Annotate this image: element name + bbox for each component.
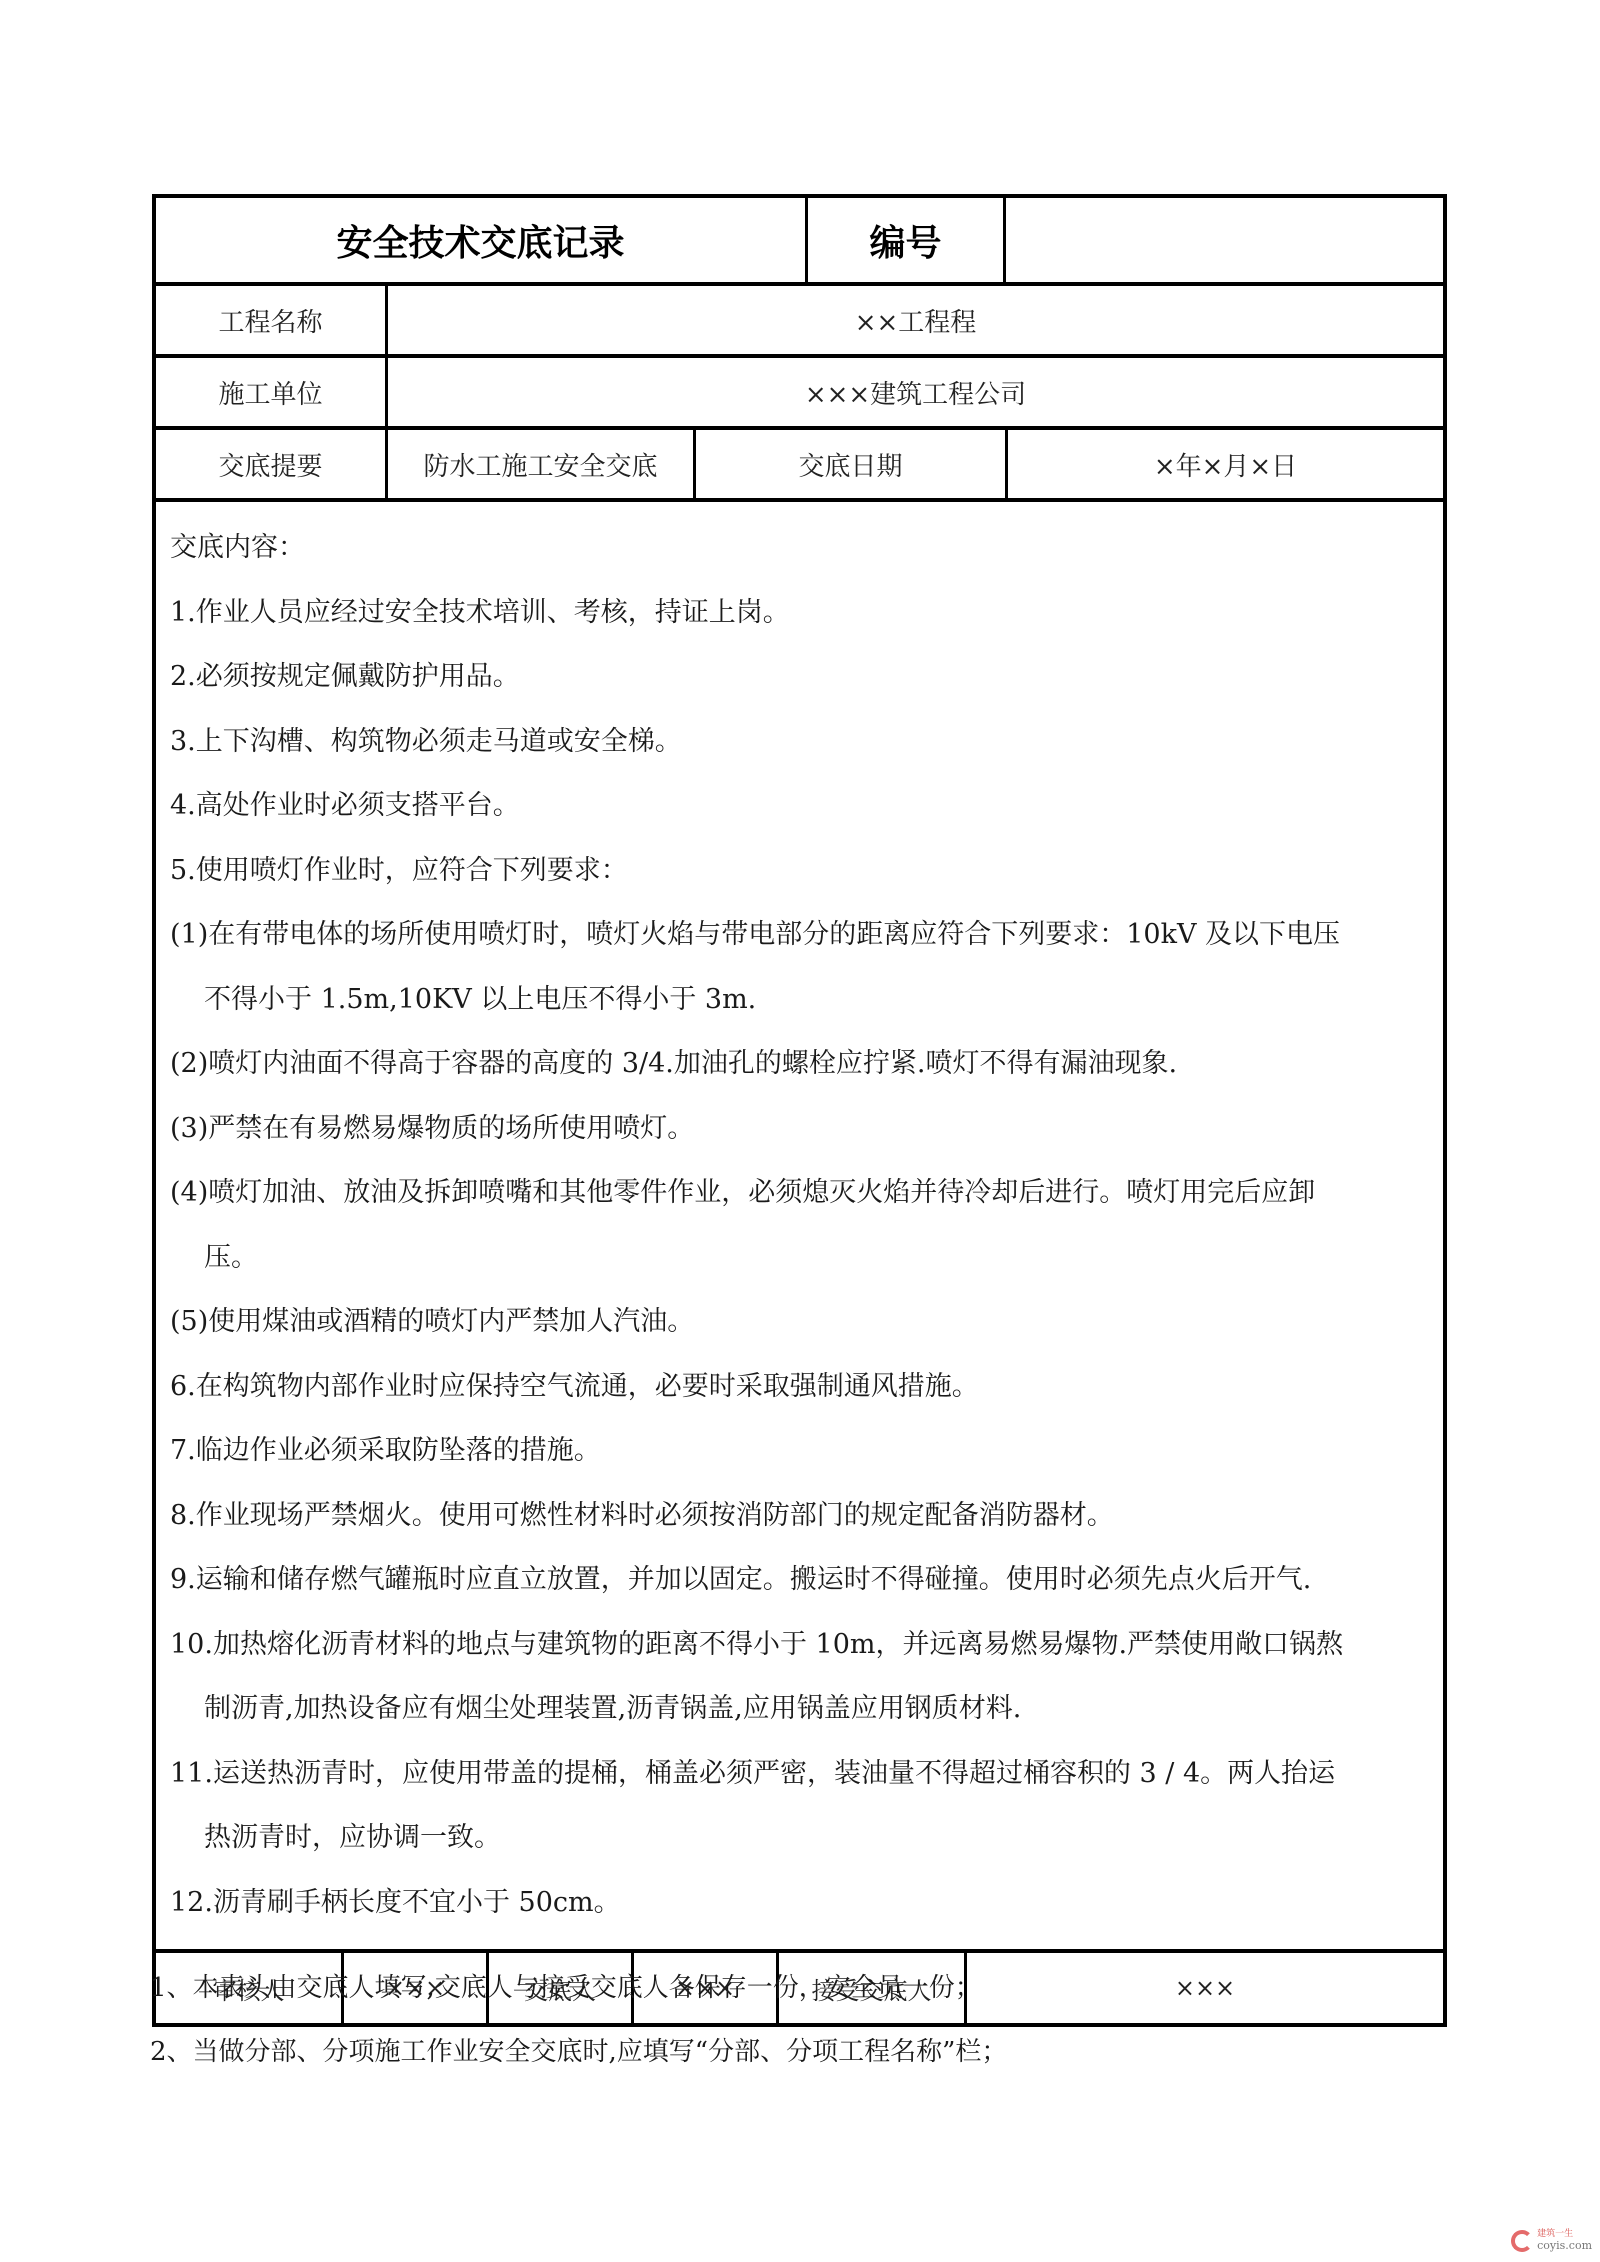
content-heading: 交底内容： <box>170 516 1443 581</box>
project-name-row: 工程名称 ××工程程 <box>156 286 1443 358</box>
content-item: 2.必须按规定佩戴防护用品。 <box>170 645 1443 710</box>
form-notes: 1、本表头由交底人填写,交底人与接受交底人各保存一份，安全员一份； 2、当做分部… <box>150 1956 1450 2084</box>
briefing-content: 交底内容： 1.作业人员应经过安全技术培训、考核，持证上岗。 2.必须按规定佩戴… <box>156 502 1443 1953</box>
content-item: 12.沥青刷手柄长度不宜小于 50cm。 <box>170 1871 1443 1936</box>
summary-value[interactable]: 防水工施工安全交底 <box>388 430 696 498</box>
content-item: (3)严禁在有易燃易爆物质的场所使用喷灯。 <box>170 1097 1443 1162</box>
contractor-row: 施工单位 ×××建筑工程公司 <box>156 358 1443 430</box>
number-label: 编号 <box>808 198 1006 282</box>
form-header-row: 安全技术交底记录 编号 <box>156 198 1443 286</box>
project-name-label: 工程名称 <box>156 286 388 354</box>
content-item: 9.运输和储存燃气罐瓶时应直立放置，并加以固定。搬运时不得碰撞。使用时必须先点火… <box>170 1548 1443 1613</box>
summary-label: 交底提要 <box>156 430 388 498</box>
note-item: 2、当做分部、分项施工作业安全交底时,应填写“分部、分项工程名称”栏； <box>150 2020 1450 2084</box>
summary-date-row: 交底提要 防水工施工安全交底 交底日期 ×年×月×日 <box>156 430 1443 502</box>
watermark-en: coyis.com <box>1537 2240 1592 2252</box>
form-title: 安全技术交底记录 <box>156 198 808 282</box>
content-item: (4)喷灯加油、放油及拆卸喷嘴和其他零件作业，必须熄灭火焰并待冷却后进行。喷灯用… <box>170 1161 1443 1290</box>
content-item: 11.运送热沥青时，应使用带盖的提桶，桶盖必须严密，装油量不得超过桶容积的 3 … <box>170 1742 1443 1871</box>
content-item: 7.临边作业必须采取防坠落的措施。 <box>170 1419 1443 1484</box>
content-item: (5)使用煤油或酒精的喷灯内严禁加人汽油。 <box>170 1290 1443 1355</box>
content-item: 5.使用喷灯作业时，应符合下列要求： <box>170 839 1443 904</box>
content-item: (2)喷灯内油面不得高于容器的高度的 3/4.加油孔的螺栓应拧紧.喷灯不得有漏油… <box>170 1032 1443 1097</box>
date-label: 交底日期 <box>696 430 1008 498</box>
contractor-label: 施工单位 <box>156 358 388 426</box>
content-item: (1)在有带电体的场所使用喷灯时，喷灯火焰与带电部分的距离应符合下列要求：10k… <box>170 903 1443 1032</box>
date-value[interactable]: ×年×月×日 <box>1008 430 1443 498</box>
contractor-value[interactable]: ×××建筑工程公司 <box>388 358 1443 426</box>
content-item: 10.加热熔化沥青材料的地点与建筑物的距离不得小于 10m，并远离易燃易爆物.严… <box>170 1613 1443 1742</box>
content-item: 4.高处作业时必须支搭平台。 <box>170 774 1443 839</box>
content-item: 6.在构筑物内部作业时应保持空气流通，必要时采取强制通风措施。 <box>170 1355 1443 1420</box>
project-name-value[interactable]: ××工程程 <box>388 286 1443 354</box>
content-item: 8.作业现场严禁烟火。使用可燃性材料时必须按消防部门的规定配备消防器材。 <box>170 1484 1443 1549</box>
safety-briefing-form: 安全技术交底记录 编号 工程名称 ××工程程 施工单位 ×××建筑工程公司 交底… <box>152 194 1447 2027</box>
content-item: 1.作业人员应经过安全技术培训、考核，持证上岗。 <box>170 581 1443 646</box>
watermark-logo-icon <box>1511 2230 1533 2252</box>
number-field[interactable] <box>1006 198 1443 282</box>
watermark: 建筑一生 coyis.com <box>1511 2230 1592 2252</box>
note-item: 1、本表头由交底人填写,交底人与接受交底人各保存一份，安全员一份； <box>150 1956 1450 2020</box>
content-item: 3.上下沟槽、构筑物必须走马道或安全梯。 <box>170 710 1443 775</box>
